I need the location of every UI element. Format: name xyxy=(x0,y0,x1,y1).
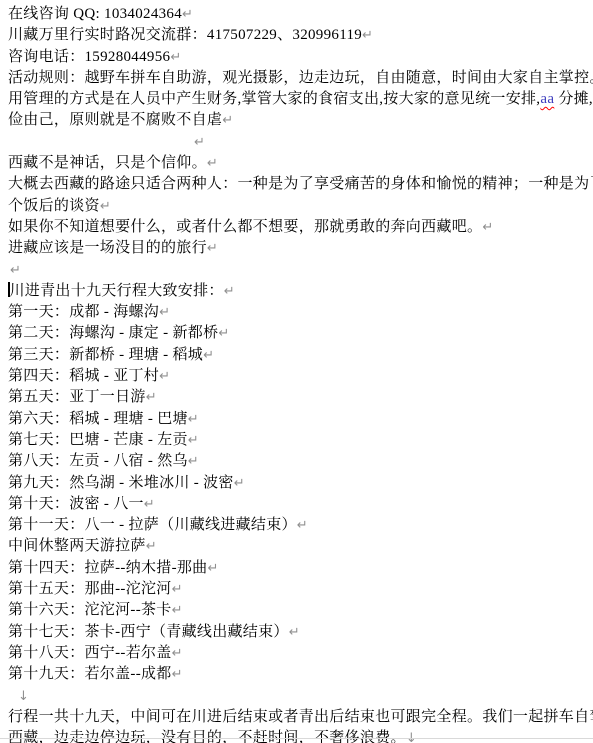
text-run: 第一天：成都 - 海螺沟 xyxy=(8,304,159,320)
paragraph-mark-icon: ↵ xyxy=(188,454,199,469)
text-run: 行程一共十九天，中间可在川进后结束或者青出后结束也可跟完全程。我们一起拼车自驾游 xyxy=(8,709,593,725)
text-line[interactable]: 第六天：稻城 - 理塘 - 巴塘↵ xyxy=(8,409,587,430)
paragraph-mark-icon: ↵ xyxy=(297,518,308,533)
text-line[interactable]: 西藏，边走边停边玩，没有目的，不赶时间，不奢侈浪费。↓ xyxy=(8,728,587,743)
document-page: 在线咨询 QQ: 1034024364↵川藏万里行实时路况交流群：4175072… xyxy=(0,0,593,743)
text-run: 第十天：波密 - 八一 xyxy=(8,496,144,512)
paragraph-mark-icon: ↵ xyxy=(144,497,155,512)
line-break-mark-icon: ↓ xyxy=(18,689,29,704)
text-run: 第八天：左贡 - 八宿 - 然乌 xyxy=(8,453,188,469)
text-line[interactable]: 川藏万里行实时路况交流群：417507229、320996119↵ xyxy=(8,25,587,46)
paragraph-mark-icon: ↵ xyxy=(222,113,233,128)
text-line[interactable]: 活动规则：越野车拼车自助游，观光摄影，边走边玩，自由随意，时间由大家自主掌控。费 xyxy=(8,68,587,89)
text-line[interactable]: 第十七天：茶卡-西宁（青藏线出藏结束）↵ xyxy=(8,622,587,643)
paragraph-mark-icon: ↵ xyxy=(172,646,183,661)
paragraph-mark-icon: ↵ xyxy=(182,7,193,22)
text-line[interactable]: 第十八天：西宁--若尔盖↵ xyxy=(8,643,587,664)
paragraph-mark-icon: ↵ xyxy=(146,390,157,405)
text-run: 在线咨询 QQ: 1034024364 xyxy=(8,6,182,22)
text-line[interactable]: 第四天：稻城 - 亚丁村↵ xyxy=(8,366,587,387)
paragraph-mark-icon: ↵ xyxy=(224,284,235,299)
text-run: 川进青出十九天行程大致安排： xyxy=(10,283,224,299)
text-line[interactable]: 第五天：亚丁一日游↵ xyxy=(8,387,587,408)
paragraph-mark-icon: ↵ xyxy=(207,156,218,171)
text-line[interactable]: ↓ xyxy=(8,686,587,707)
paragraph-mark-icon: ↵ xyxy=(234,476,245,491)
paragraph-mark-icon: ↵ xyxy=(172,603,183,618)
paragraph-mark-icon: ↵ xyxy=(159,305,170,320)
text-run: 进藏应该是一场没目的的旅行 xyxy=(8,240,207,256)
paragraph-mark-icon: ↵ xyxy=(188,412,199,427)
paragraph-mark-icon: ↵ xyxy=(146,539,157,554)
text-line[interactable]: 第九天：然乌湖 - 米堆冰川 - 波密↵ xyxy=(8,473,587,494)
text-run: 第二天：海螺沟 - 康定 - 新都桥 xyxy=(8,325,218,341)
text-line[interactable]: 第十一天：八一 - 拉萨（川藏线进藏结束）↵ xyxy=(8,515,587,536)
text-run: 西藏，边走边停边玩，没有目的，不赶时间，不奢侈浪费。 xyxy=(8,730,406,743)
text-run: 川藏万里行实时路况交流群：417507229、320996119 xyxy=(8,27,362,43)
text-line[interactable]: 中间休整两天游拉萨↵ xyxy=(8,536,587,557)
text-line[interactable]: 第三天：新都桥 - 理塘 - 稻城↵ xyxy=(8,345,587,366)
text-line[interactable]: 第十五天：那曲--沱沱河↵ xyxy=(8,579,587,600)
text-run: 第十四天：拉萨--纳木措-那曲 xyxy=(8,560,208,576)
text-run: 第四天：稻城 - 亚丁村 xyxy=(8,368,159,384)
text-line[interactable]: 第十九天：若尔盖--成都↵ xyxy=(8,664,587,685)
text-run: 活动规则：越野车拼车自助游，观光摄影，边走边玩，自由随意，时间由大家自主掌控。费 xyxy=(8,70,593,86)
paragraph-mark-icon: ↵ xyxy=(207,241,218,256)
text-line[interactable]: 个饭后的谈资↵ xyxy=(8,196,587,217)
misspelled-word: aa xyxy=(540,91,554,107)
text-line[interactable]: 西藏不是神话，只是个信仰。↵ xyxy=(8,153,587,174)
text-run: 第十七天：茶卡-西宁（青藏线出藏结束） xyxy=(8,624,289,640)
text-run: 第十八天：西宁--若尔盖 xyxy=(8,645,172,661)
text-run: 用管理的方式是在人员中产生财务,掌管大家的食宿支出,按大家的意见统一安排, xyxy=(8,91,540,107)
paragraph-mark-icon: ↵ xyxy=(159,369,170,384)
paragraph-mark-icon: ↵ xyxy=(362,28,373,43)
text-line[interactable]: 在线咨询 QQ: 1034024364↵ xyxy=(8,4,587,25)
paragraph-mark-icon: ↵ xyxy=(289,625,300,640)
text-line[interactable]: 川进青出十九天行程大致安排：↵ xyxy=(8,281,587,302)
text-line[interactable]: 用管理的方式是在人员中产生财务,掌管大家的食宿支出,按大家的意见统一安排,aa … xyxy=(8,89,587,110)
text-line[interactable]: ↵ xyxy=(8,260,587,281)
text-run: 咨询电话：15928044956 xyxy=(8,49,170,65)
text-line[interactable]: 第二天：海螺沟 - 康定 - 新都桥↵ xyxy=(8,323,587,344)
paragraph-mark-icon: ↵ xyxy=(194,135,205,150)
text-line[interactable]: 第十四天：拉萨--纳木措-那曲↵ xyxy=(8,558,587,579)
text-line[interactable]: ↵ xyxy=(8,132,587,153)
paragraph-mark-icon: ↵ xyxy=(482,220,493,235)
text-run: 第十六天：沱沱河--茶卡 xyxy=(8,602,172,618)
text-run: 西藏不是神话，只是个信仰。 xyxy=(8,155,207,171)
paragraph-mark-icon: ↵ xyxy=(203,348,214,363)
text-line[interactable]: 咨询电话：15928044956↵ xyxy=(8,47,587,68)
text-run: 第六天：稻城 - 理塘 - 巴塘 xyxy=(8,411,188,427)
text-line[interactable]: 第十六天：沱沱河--茶卡↵ xyxy=(8,600,587,621)
text-run: 第三天：新都桥 - 理塘 - 稻城 xyxy=(8,347,203,363)
paragraph-mark-icon: ↵ xyxy=(170,50,181,65)
paragraph-mark-icon: ↵ xyxy=(208,561,219,576)
paragraph-mark-icon: ↵ xyxy=(172,667,183,682)
paragraph-mark-icon: ↵ xyxy=(188,433,199,448)
text-run: 分摊,丰 xyxy=(554,91,593,107)
text-run: 第五天：亚丁一日游 xyxy=(8,389,146,405)
text-line[interactable]: 第八天：左贡 - 八宿 - 然乌↵ xyxy=(8,451,587,472)
text-line[interactable]: 行程一共十九天，中间可在川进后结束或者青出后结束也可跟完全程。我们一起拼车自驾游 xyxy=(8,707,587,728)
text-line[interactable]: 第一天：成都 - 海螺沟↵ xyxy=(8,302,587,323)
text-run: 第十五天：那曲--沱沱河 xyxy=(8,581,172,597)
text-run: 第十一天：八一 - 拉萨（川藏线进藏结束） xyxy=(8,517,297,533)
paragraph-mark-icon: ↵ xyxy=(218,326,229,341)
text-line[interactable]: 第七天：巴塘 - 芒康 - 左贡↵ xyxy=(8,430,587,451)
text-line[interactable]: 如果你不知道想要什么，或者什么都不想要，那就勇敢的奔向西藏吧。↵ xyxy=(8,217,587,238)
text-run: 如果你不知道想要什么，或者什么都不想要，那就勇敢的奔向西藏吧。 xyxy=(8,219,482,235)
text-line[interactable]: 进藏应该是一场没目的的旅行↵ xyxy=(8,238,587,259)
text-run: 中间休整两天游拉萨 xyxy=(8,538,146,554)
text-run: 第七天：巴塘 - 芒康 - 左贡 xyxy=(8,432,188,448)
paragraph-mark-icon: ↵ xyxy=(10,263,21,278)
text-line[interactable]: 第十天：波密 - 八一↵ xyxy=(8,494,587,515)
text-run: 第十九天：若尔盖--成都 xyxy=(8,666,172,682)
text-line[interactable]: 俭由己，原则就是不腐败不自虐↵ xyxy=(8,110,587,131)
text-run: 俭由己，原则就是不腐败不自虐 xyxy=(8,112,222,128)
text-line[interactable]: 大概去西藏的路途只适合两种人：一种是为了享受痛苦的身体和愉悦的精神；一种是为了换 xyxy=(8,174,587,195)
paragraph-mark-icon: ↵ xyxy=(100,199,111,214)
document-text-area[interactable]: 在线咨询 QQ: 1034024364↵川藏万里行实时路况交流群：4175072… xyxy=(0,0,593,743)
text-run: 大概去西藏的路途只适合两种人：一种是为了享受痛苦的身体和愉悦的精神；一种是为了换 xyxy=(8,176,593,192)
text-run: 个饭后的谈资 xyxy=(8,198,100,214)
paragraph-mark-icon: ↵ xyxy=(172,582,183,597)
text-run: 第九天：然乌湖 - 米堆冰川 - 波密 xyxy=(8,475,234,491)
bottom-divider xyxy=(0,738,593,739)
